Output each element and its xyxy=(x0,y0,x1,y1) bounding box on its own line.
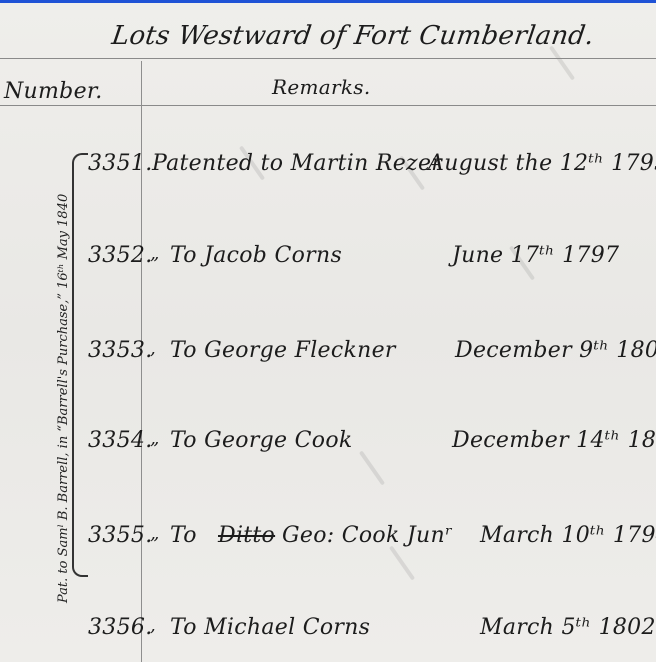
entry-remark-prefix: To xyxy=(170,523,197,548)
struck-text: Ditto xyxy=(218,523,275,548)
page-title: Lots Westward of Fort Cumberland. xyxy=(110,21,596,51)
entry-remark: To Michael Corns xyxy=(170,615,370,640)
lot-number: 3355. xyxy=(88,523,152,548)
column-header-remarks: Remarks. xyxy=(272,75,370,99)
header-rule-bottom xyxy=(0,105,656,106)
ditto-mark: „ xyxy=(150,243,160,264)
ditto-mark: , xyxy=(150,338,156,359)
lot-number: 3353. xyxy=(88,338,152,363)
header-rule-top xyxy=(0,58,656,59)
column-header-number: Number. xyxy=(4,79,103,104)
lot-number: 3352. xyxy=(88,243,152,268)
ledger-entry: 3355. „ To Ditto Geo: Cook Junʳ March 10… xyxy=(0,523,656,563)
ditto-mark: „ xyxy=(150,428,160,449)
ledger-entry: 3352. „ To Jacob Corns June 17ᵗʰ 1797 xyxy=(0,243,656,283)
entry-date: December 9ᵗʰ 1809. xyxy=(455,338,656,363)
entry-remark: Geo: Cook Junʳ xyxy=(282,523,453,548)
ledger-page: Lots Westward of Fort Cumberland. Number… xyxy=(0,3,656,662)
entry-date: June 17ᵗʰ 1797 xyxy=(452,243,619,268)
lot-number: 3354. xyxy=(88,428,152,453)
ledger-entry: 3351. Patented to Martin Rezer August th… xyxy=(0,151,656,191)
ledger-entry: 3353. , To George Fleckner December 9ᵗʰ … xyxy=(0,338,656,378)
lot-number: 3356. xyxy=(88,615,152,640)
ditto-mark: „ xyxy=(150,523,160,544)
entry-remark: To Jacob Corns xyxy=(170,243,342,268)
entry-remark: To George Fleckner xyxy=(170,338,396,363)
entry-date: March 5ᵗʰ 1802. xyxy=(480,615,656,640)
entry-date: August the 12ᵗʰ 1795. xyxy=(428,151,656,176)
ledger-entry: 3356. , To Michael Corns March 5ᵗʰ 1802. xyxy=(0,615,656,655)
ledger-entry: 3354. „ To George Cook December 14ᵗʰ 180… xyxy=(0,428,656,468)
entry-date: December 14ᵗʰ 1805. xyxy=(452,428,656,453)
lot-number: 3351. xyxy=(88,151,152,176)
ditto-mark: , xyxy=(150,615,156,636)
entry-date: March 10ᵗʰ 1794. xyxy=(480,523,656,548)
entry-remark: Patented to Martin Rezer xyxy=(152,151,442,176)
entry-remark: To George Cook xyxy=(170,428,353,453)
